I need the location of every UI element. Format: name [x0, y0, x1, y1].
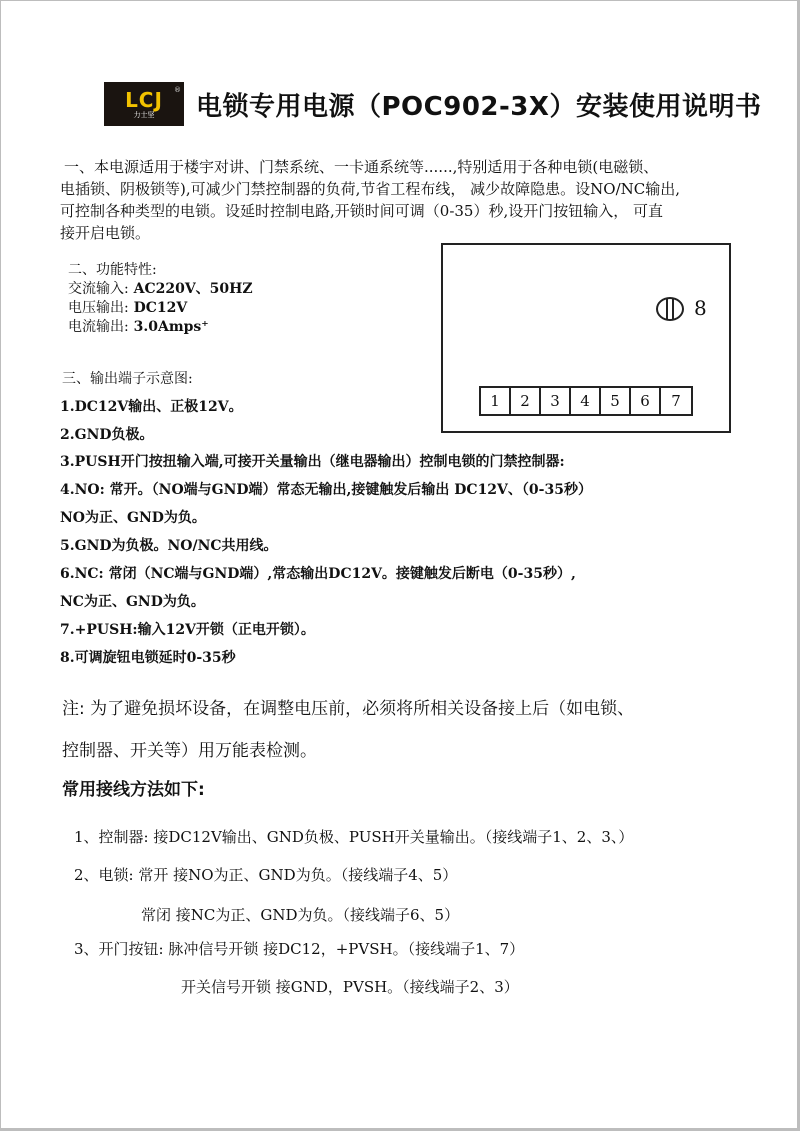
note-line: 注: 为了避免损坏设备，在调整电压前，必须将所相关设备接上后（如电锁、 [62, 694, 634, 719]
feature-ac-input: 交流输入: AC220V、50HZ [68, 278, 253, 298]
terminal-3: 3 [541, 388, 571, 414]
wiring-controller: 1、控制器: 接DC12V输出、GND负极、PUSH开关量输出。（接线端子1、2… [74, 826, 633, 847]
terminal-desc-6: 6.NC: 常闭（NC端与GND端）,常态输出DC12V。接键触发后断电（0-3… [60, 563, 576, 583]
feature-current-output: 电流输出: 3.0Amps⁺ [68, 316, 209, 336]
adjustment-knob-icon [656, 297, 684, 321]
terminal-desc-5: 5.GND为负极。NO/NC共用线。 [60, 535, 278, 555]
terminal-desc-2: 2.GND负极。 [60, 424, 154, 444]
terminal-6: 6 [631, 388, 661, 414]
terminal-desc-1: 1.DC12V输出、正极12V。 [60, 396, 243, 416]
intro-line: 可控制各种类型的电锁。设延时控制电路,开锁时间可调（0-35）秒,设开门按钮输入… [60, 200, 780, 222]
terminal-desc-8: 8.可调旋钮电锁延时0-35秒 [60, 647, 236, 667]
terminal-desc-4-polarity: NO为正、GND为负。 [60, 507, 206, 527]
features-heading: 二、功能特性: [68, 259, 157, 279]
intro-paragraph: 一、本电源适用于楼宇对讲、门禁系统、一卡通系统等......,特别适用于各种电锁… [60, 156, 780, 244]
feature-label: 电流输出: [68, 319, 129, 335]
terminal-desc-7: 7.+PUSH:输入12V开锁（正电开锁）。 [60, 619, 315, 639]
terminal-diagram: 8 1 2 3 4 5 6 7 [441, 243, 731, 433]
terminal-desc-6-polarity: NC为正、GND为负。 [60, 591, 205, 611]
brand-logo: LCJ 力士坚 ® [104, 82, 184, 126]
terminal-2: 2 [511, 388, 541, 414]
intro-line: 电插锁、阴极锁等),可减少门禁控制器的负荷,节省工程布线， 减少故障隐患。设NO… [60, 178, 780, 200]
intro-line: 接开启电锁。 [60, 222, 780, 244]
registered-icon: ® [174, 86, 181, 94]
terminal-block: 1 2 3 4 5 6 7 [479, 386, 693, 416]
logo-subtext: 力士坚 [134, 110, 155, 120]
wiring-heading: 常用接线方法如下: [62, 775, 205, 800]
wiring-button-pulse: 3、开门按钮: 脉冲信号开锁 接DC12，+PVSH。（接线端子1、7） [74, 938, 524, 959]
terminal-1: 1 [481, 388, 511, 414]
terminal-4: 4 [571, 388, 601, 414]
feature-label: 电压输出: [68, 300, 129, 316]
feature-value: AC220V、50HZ [134, 281, 253, 297]
wiring-lock-normally-closed: 常闭 接NC为正、GND为负。（接线端子6、5） [141, 904, 459, 925]
feature-value: 3.0Amps⁺ [134, 319, 209, 335]
wiring-button-switch: 开关信号开锁 接GND，PVSH。（接线端子2、3） [181, 976, 519, 997]
feature-value: DC12V [134, 300, 188, 316]
logo-mark: LCJ [125, 90, 163, 110]
feature-voltage-output: 电压输出: DC12V [68, 297, 187, 317]
terminal-desc-4: 4.NO: 常开。（NO端与GND端）常态无输出,接键触发后输出 DC12V、（… [60, 479, 592, 499]
note-line: 控制器、开关等）用万能表检测。 [62, 736, 317, 761]
terminals-heading: 三、输出端子示意图: [62, 368, 193, 388]
document-header: LCJ 力士坚 ® 电锁专用电源（POC902-3X）安装使用说明书 [104, 80, 761, 128]
terminal-desc-3: 3.PUSH开门按扭输入端,可接开关量输出（继电器输出）控制电锁的门禁控制器: [60, 451, 565, 471]
document-title: 电锁专用电源（POC902-3X）安装使用说明书 [196, 86, 761, 123]
terminal-5: 5 [601, 388, 631, 414]
terminal-7: 7 [661, 388, 691, 414]
feature-label: 交流输入: [68, 281, 129, 297]
knob-label: 8 [694, 296, 707, 320]
wiring-lock-normally-open: 2、电锁: 常开 接NO为正、GND为负。（接线端子4、5） [74, 864, 457, 885]
intro-line: 一、本电源适用于楼宇对讲、门禁系统、一卡通系统等......,特别适用于各种电锁… [60, 156, 780, 178]
